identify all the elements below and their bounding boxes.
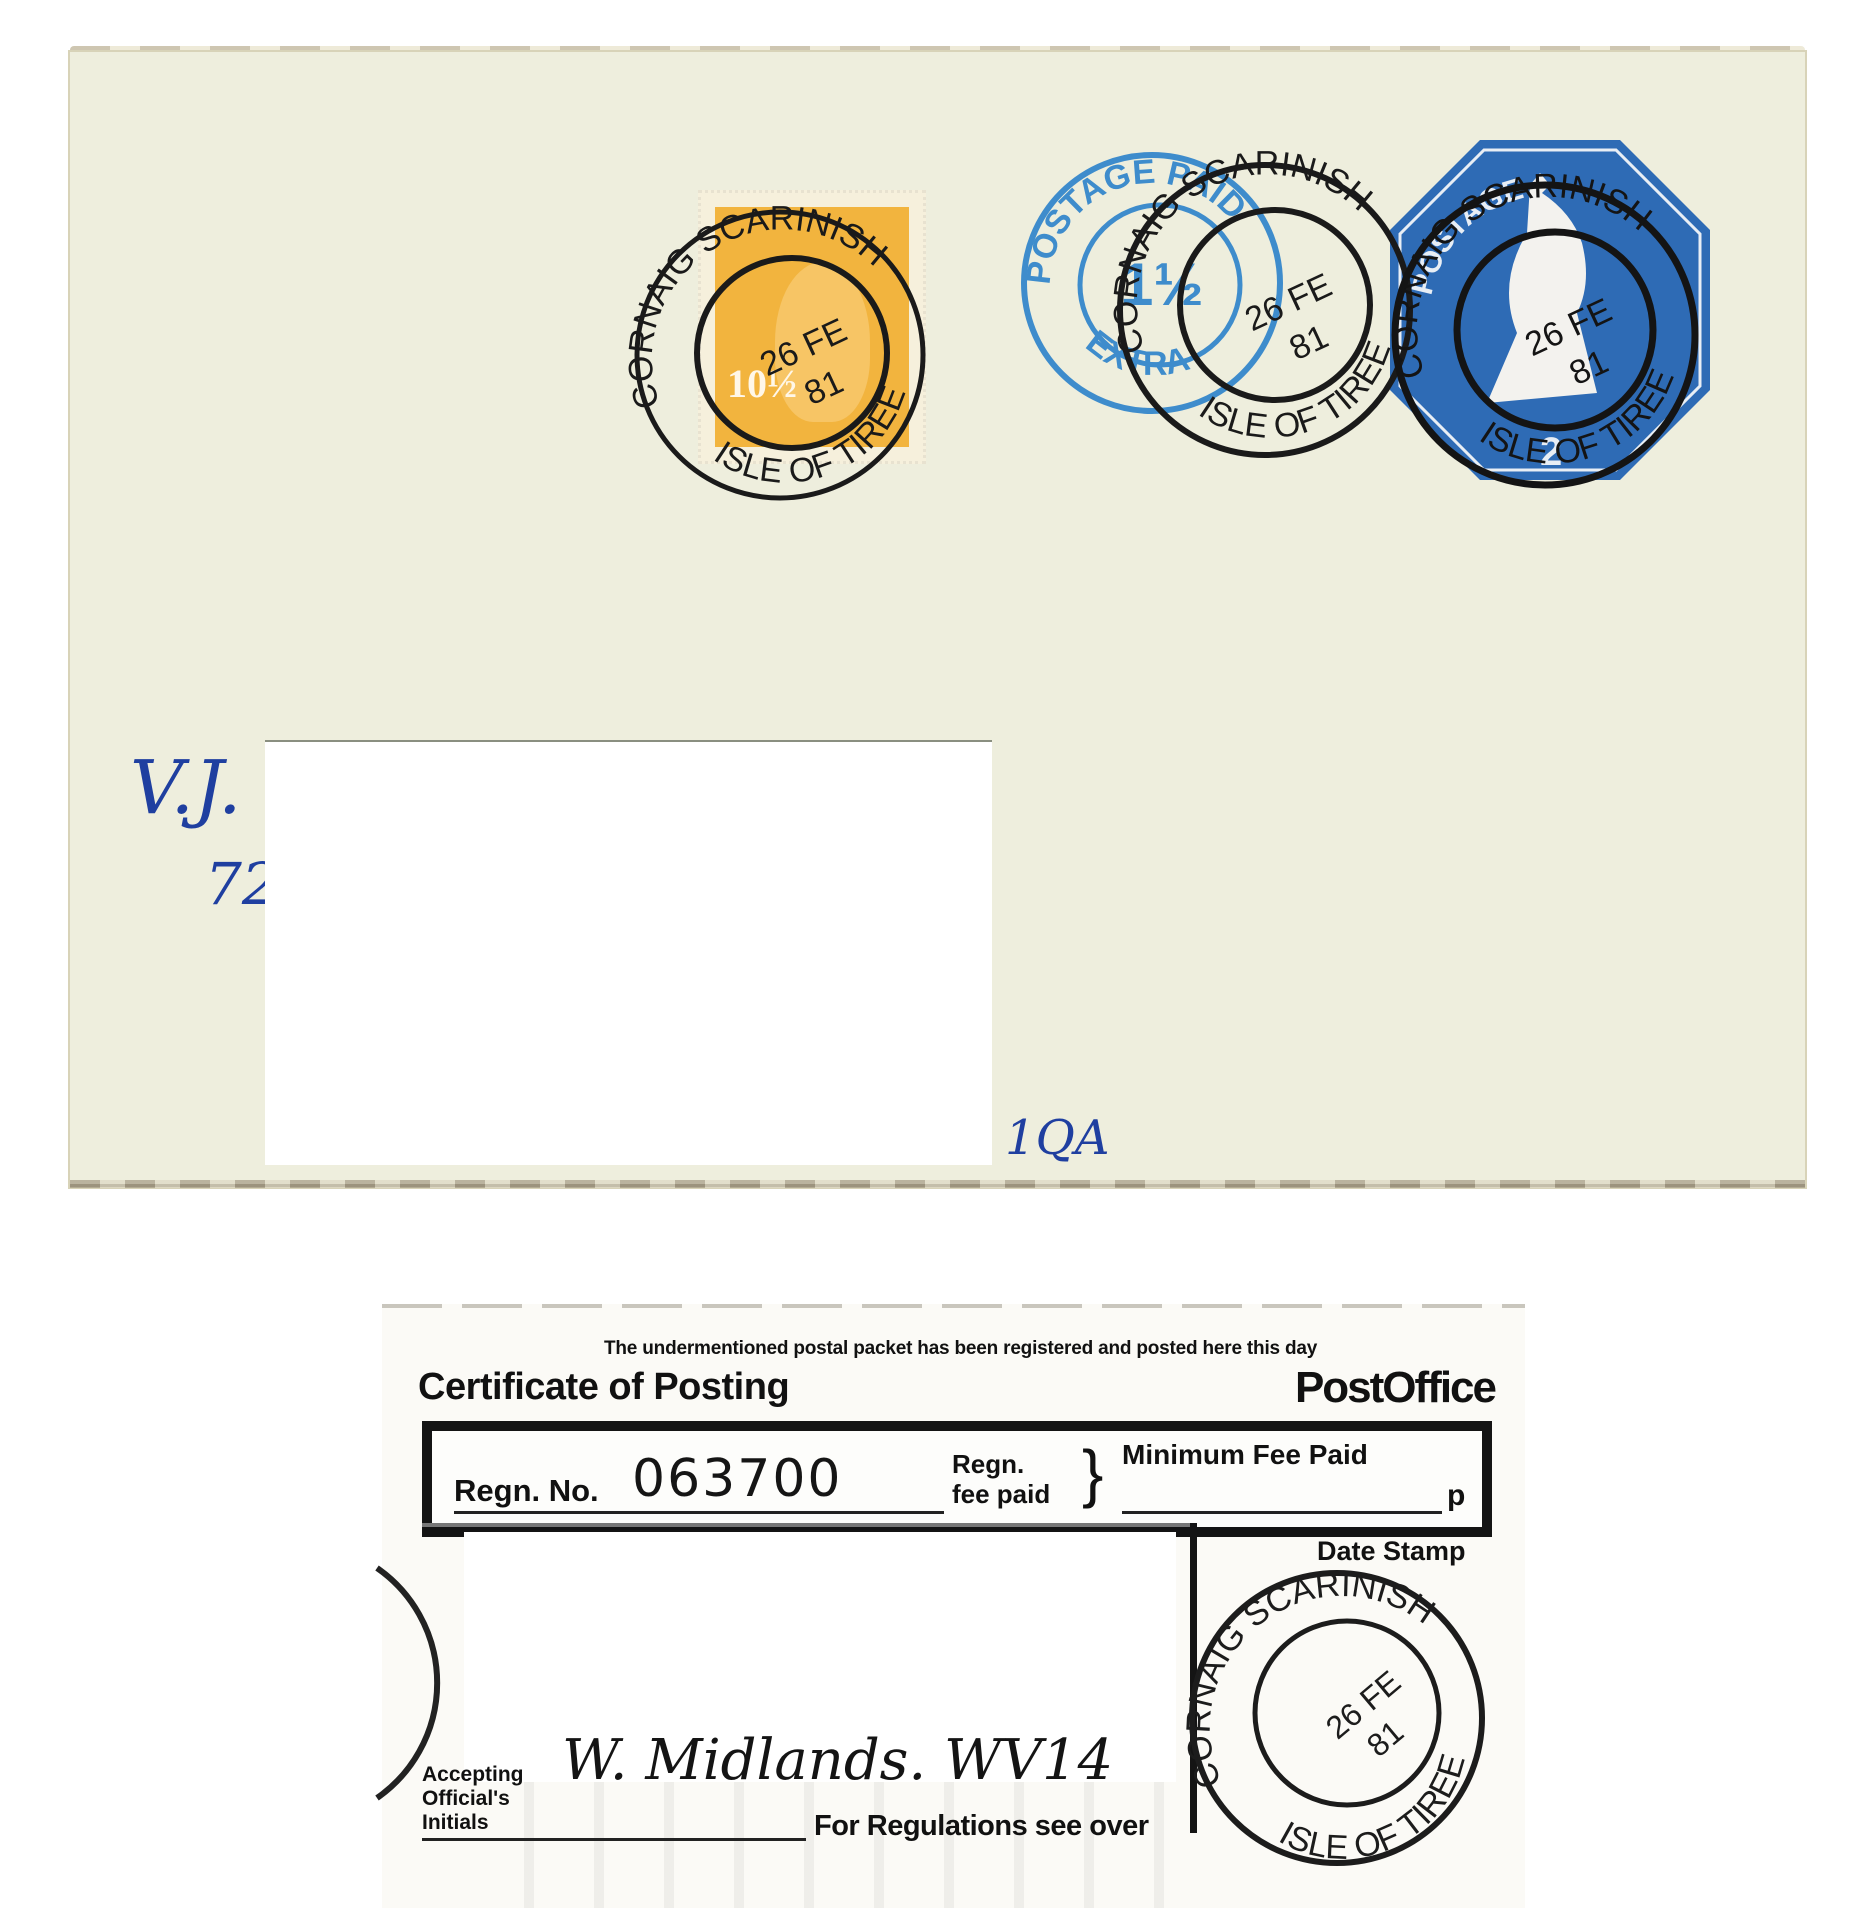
svg-text:CORNAIG SCARINISH: CORNAIG SCARINISH: [1387, 167, 1659, 383]
regulations-note: For Regulations see over: [814, 1810, 1149, 1843]
header-note: The undermentioned postal packet has bee…: [604, 1338, 1317, 1360]
initials-line: [422, 1838, 806, 1841]
certificate-postmark: CORNAIG SCARINISH ISLE OF TIREE 26 FE 81: [1182, 1553, 1492, 1883]
regn-no-label: Regn. No.: [454, 1473, 599, 1509]
regn-no-value: 063700: [632, 1449, 843, 1509]
regn-no-line: [454, 1511, 944, 1514]
certificate-of-posting: The undermentioned postal packet has bee…: [382, 1308, 1525, 1908]
accepting-label-3: Initials: [422, 1811, 524, 1835]
handwritten-address: W. Midlands. WV14: [562, 1728, 1113, 1793]
svg-text:CORNAIG SCARINISH: CORNAIG SCARINISH: [621, 199, 894, 413]
regn-fee-label-2: fee paid: [952, 1479, 1050, 1509]
accepting-label-2: Official's: [422, 1787, 524, 1811]
svg-text:81: 81: [1284, 318, 1334, 368]
divider-horizontal: [422, 1523, 1197, 1527]
svg-text:81: 81: [1564, 343, 1614, 393]
accepting-official-label: Accepting Official's Initials: [422, 1763, 524, 1835]
brace: }: [1082, 1441, 1103, 1505]
address-postcode: 1QA: [1005, 1110, 1110, 1166]
svg-text:CORNAIG SCARINISH: CORNAIG SCARINISH: [1106, 144, 1379, 358]
postmark-1: CORNAIG SCARINISH ISLE OF TIREE 26 FE 81: [620, 205, 940, 525]
certificate-title: Certificate of Posting: [418, 1366, 789, 1409]
min-fee-unit: p: [1447, 1479, 1465, 1513]
post-office-logo: PostOffice: [1295, 1363, 1495, 1413]
svg-text:81: 81: [799, 363, 849, 413]
regn-fee-label: Regn. fee paid: [952, 1449, 1050, 1509]
svg-text:CORNAIG SCARINISH: CORNAIG SCARINISH: [1180, 1566, 1442, 1794]
postmark-2: CORNAIG SCARINISH ISLE OF TIREE 26 FE 81: [1105, 150, 1425, 480]
accepting-label-1: Accepting: [422, 1763, 524, 1787]
min-fee-label: Minimum Fee Paid: [1122, 1439, 1368, 1471]
address-redaction: [265, 742, 992, 1165]
postmark-3: CORNAIG SCARINISH ISLE OF TIREE 26 FE 81: [1385, 165, 1705, 505]
address-line-1: V.J.: [130, 745, 241, 831]
svg-text:ISLE OF TIREE: ISLE OF TIREE: [1273, 1750, 1473, 1867]
min-fee-line: [1122, 1511, 1442, 1514]
show-through-text: [464, 1778, 1176, 1908]
envelope-bottom-edge: [70, 1180, 1805, 1188]
registration-box: Regn. No. 063700 Regn. fee paid } Minimu…: [422, 1421, 1492, 1537]
partial-postmark-left: [372, 1563, 432, 1803]
regn-fee-label-1: Regn.: [952, 1449, 1050, 1479]
